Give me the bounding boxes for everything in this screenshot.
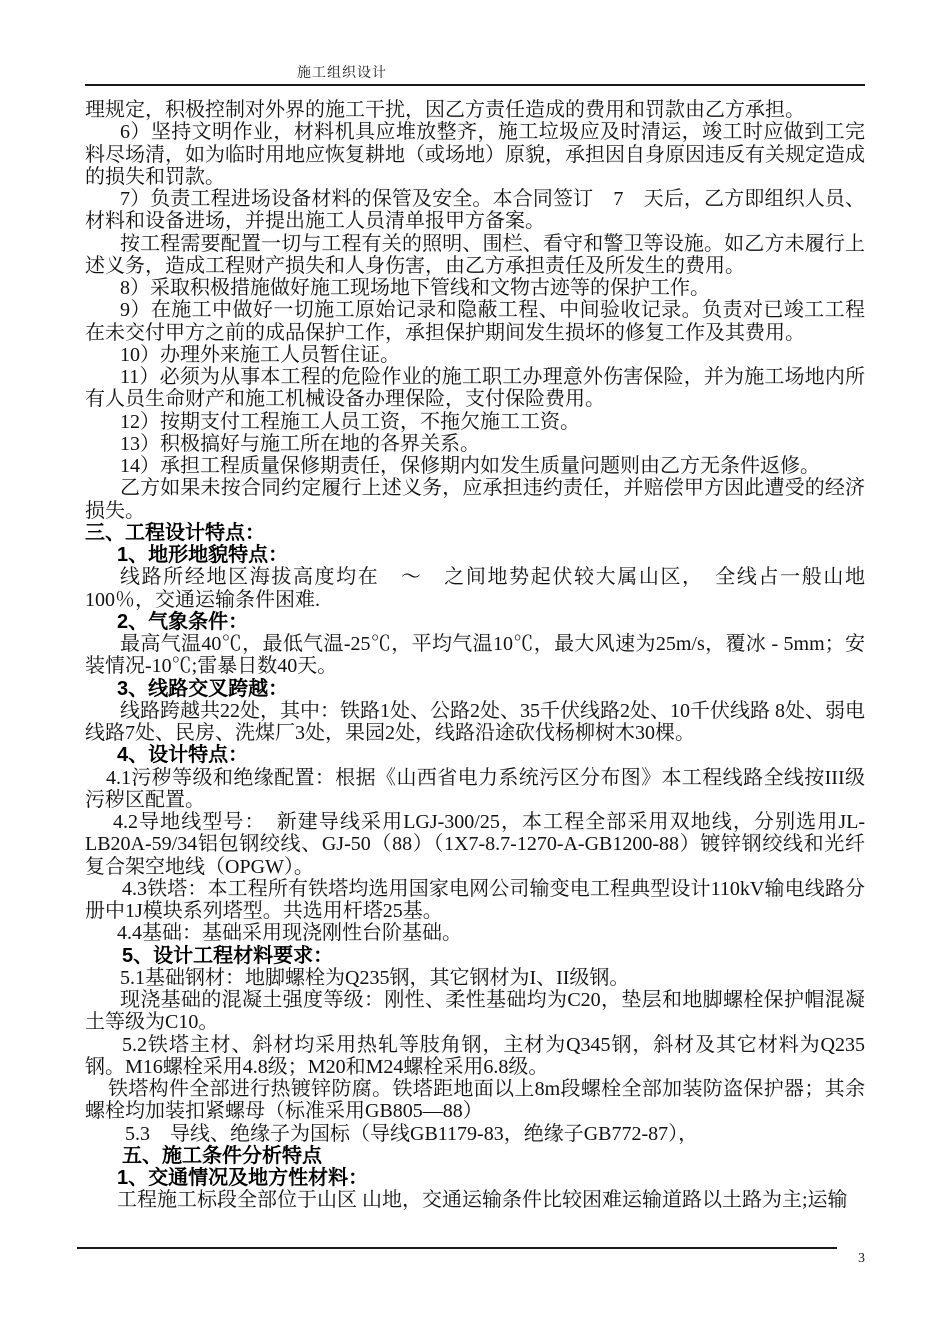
header-title: 施工组织设计	[297, 62, 387, 82]
footer-divider	[77, 1247, 837, 1249]
para-continuation-management: 理规定，积极控制对外界的施工干扰，因乙方责任造成的费用和罚款由乙方承担。	[85, 99, 865, 121]
para-weather: 最高气温40℃，最低气温-25℃，平均气温10℃，最大风速为25m/s，覆冰 -…	[85, 633, 865, 678]
para-5-2-tower-steel: 5.2铁塔主材、斜材均采用热轧等肢角钢，主材为Q345钢，斜材及其它材料为Q23…	[85, 1034, 865, 1079]
para-item-10-residence-permit: 10）办理外来施工人员暂住证。	[85, 344, 865, 366]
para-item-11-insurance: 11）必须为从事本工程的危险作业的施工职工办理意外伤害保险，并为施工场地内所有人…	[85, 366, 865, 411]
para-5-1-foundation-steel: 5.1基础钢材：地脚螺栓为Q235钢，其它钢材为I、II级钢。	[85, 967, 865, 989]
heading-design-points: 4、设计特点：	[85, 744, 865, 766]
heading-line-crossings: 3、线路交叉跨越：	[85, 678, 865, 700]
para-traffic-conditions: 工程施工标段全部位于山区 山地，交通运输条件比较困难运输道路以土路为主;运输	[85, 1189, 865, 1211]
page-header: 施工组织设计	[85, 62, 865, 86]
para-terrain: 线路所经地区海拔高度均在 ～ 之间地势起伏较大属山区， 全线占一般山地100％，…	[85, 566, 865, 611]
para-4-2-conductor-types: 4.2导地线型号： 新建导线采用LGJ-300/25，本工程全部采用双地线，分别…	[85, 811, 865, 878]
para-4-3-towers: 4.3铁塔：本工程所有铁塔均选用国家电网公司输变电工程典型设计110kV输电线路…	[85, 878, 865, 923]
heading-section-3-design-features: 三、工程设计特点：	[85, 522, 865, 544]
para-crossings: 线路跨越共22处，其中：铁路1处、公路2处、35千伏线路2处、10千伏线路 8处…	[85, 700, 865, 745]
para-4-1-pollution-insulation: 4.1污秽等级和绝缘配置：根据《山西省电力系统污区分布图》本工程线路全线按III…	[85, 767, 865, 812]
para-item-7-equipment-custody: 7）负责工程进场设备材料的保管及安全。本合同签订 7 天后，乙方即组织人员、材料…	[85, 188, 865, 233]
para-lighting-facilities: 按工程需要配置一切与工程有关的照明、围栏、看守和警卫等设施。如乙方未履行上述义务…	[85, 233, 865, 278]
para-4-4-foundation: 4.4基础：基础采用现浇刚性台阶基础。	[85, 922, 865, 944]
heading-section-5-construction-conditions: 五、施工条件分析特点	[85, 1145, 865, 1167]
para-item-13-local-relations: 13）积极搞好与施工所在地的各界关系。	[85, 433, 865, 455]
para-concrete-grade: 现浇基础的混凝土强度等级：刚性、柔性基础均为C20，垫层和地脚螺栓保护帽混凝土等…	[85, 989, 865, 1034]
document-body: 理规定，积极控制对外界的施工干扰，因乙方责任造成的费用和罚款由乙方承担。 6）坚…	[85, 99, 865, 1212]
heading-5-material-requirements: 5、设计工程材料要求：	[85, 945, 865, 967]
heading-weather-conditions: 2、气象条件：	[85, 611, 865, 633]
para-5-3-national-standards: 5.3 导线、绝缘子为国标（导线GB1179-83，绝缘子GB772-87），	[85, 1123, 865, 1145]
page-number: 3	[85, 1251, 865, 1267]
heading-traffic-local-materials: 1、交通情况及地方性材料：	[85, 1167, 865, 1189]
para-item-8-underground-protection: 8）采取积极措施做好施工现场地下管线和文物古迹等的保护工作。	[85, 277, 865, 299]
para-item-14-warranty: 14）承担工程质量保修期责任，保修期内如发生质量问题则由乙方无条件返修。	[85, 455, 865, 477]
para-item-9-records: 9）在施工中做好一切施工原始记录和隐蔽工程、中间验收记录。负责对已竣工工程在未交…	[85, 299, 865, 344]
para-breach-liability: 乙方如果未按合同约定履行上述义务，应承担违约责任，并赔偿甲方因此遭受的经济损失。	[85, 477, 865, 522]
document-page: 施工组织设计 理规定，积极控制对外界的施工干扰，因乙方责任造成的费用和罚款由乙方…	[0, 0, 950, 1344]
para-item-12-wages: 12）按期支付工程施工人员工资，不拖欠施工工资。	[85, 411, 865, 433]
para-item-6-civilized-work: 6）坚持文明作业，材料机具应堆放整齐，施工垃圾应及时清运，竣工时应做到工完料尽场…	[85, 121, 865, 188]
para-galvanizing-anti-theft: 铁塔构件全部进行热镀锌防腐。铁塔距地面以上8m段螺栓全部加装防盗保护器；其余螺栓…	[85, 1078, 865, 1123]
heading-terrain-features: 1、地形地貌特点：	[85, 544, 865, 566]
